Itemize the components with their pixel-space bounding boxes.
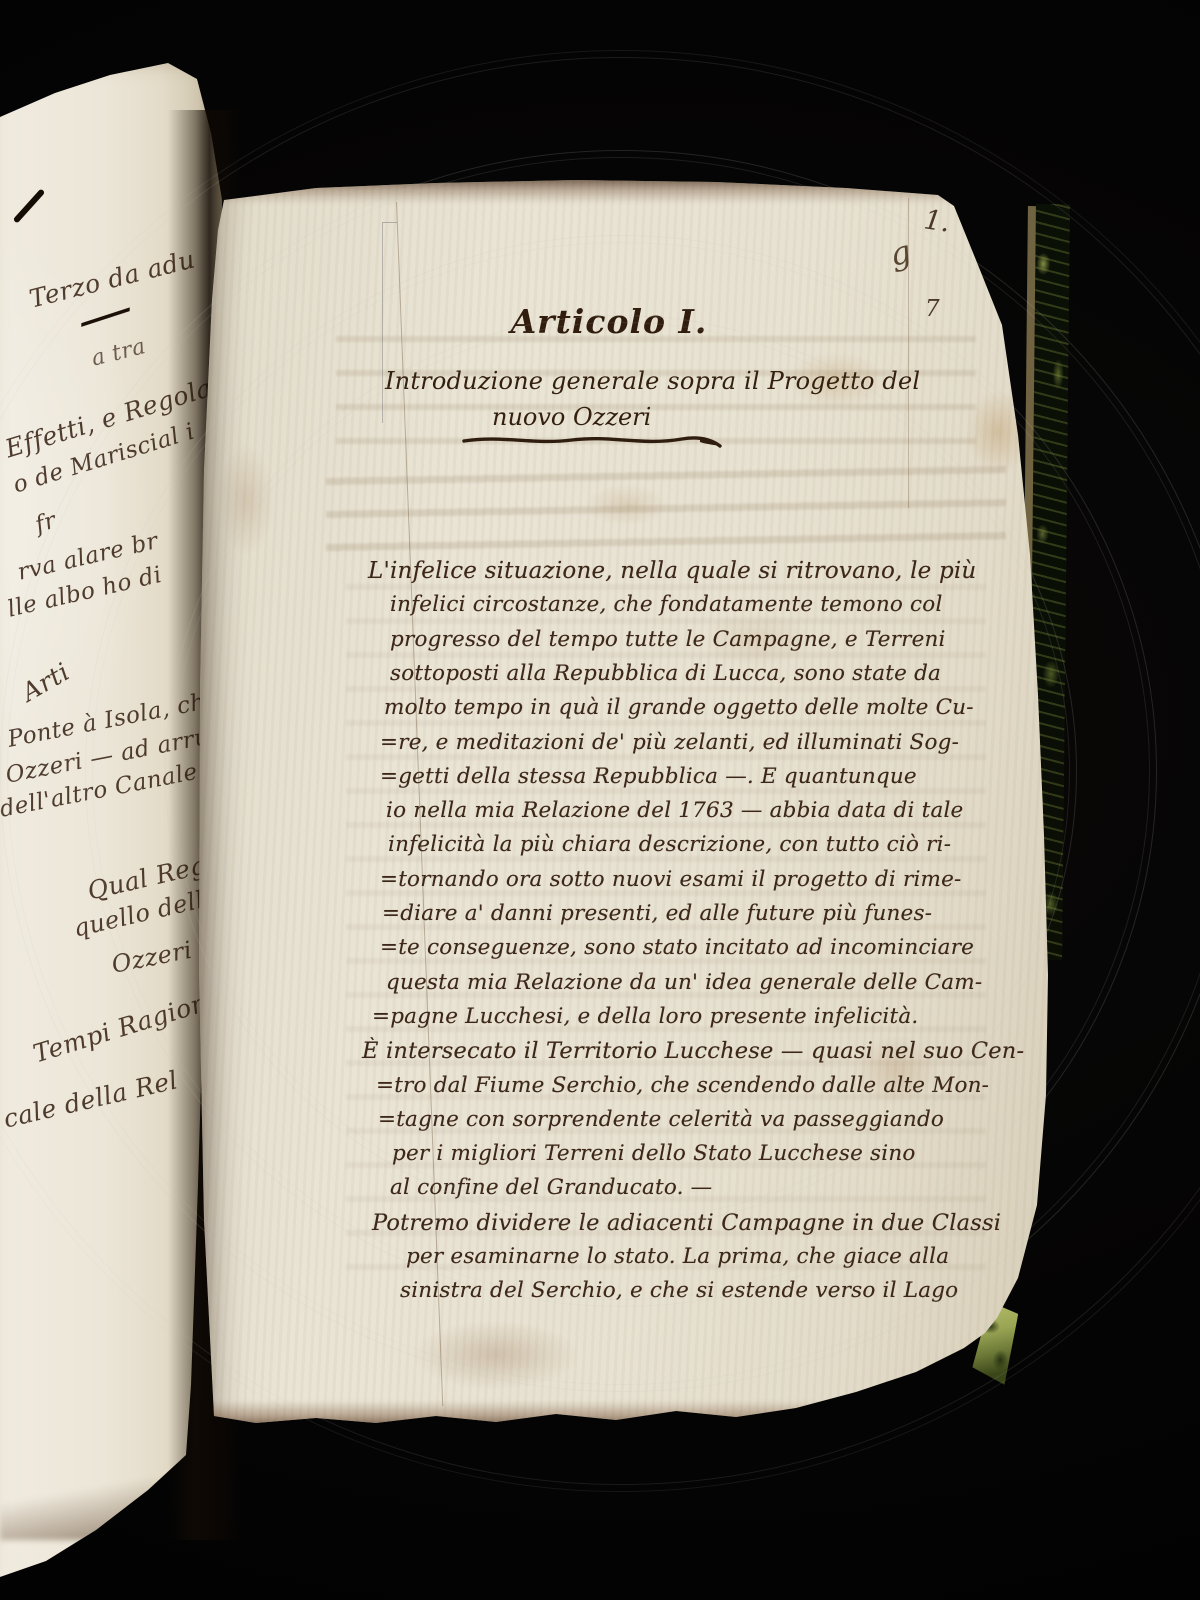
ink-bleedthrough xyxy=(326,462,1006,562)
body-line: =tagne con sorprendente celerità va pass… xyxy=(378,1107,944,1132)
body-line: Potremo dividere le adiacenti Campagne i… xyxy=(372,1210,1001,1236)
body-line: sinistra del Serchio, e che si estende v… xyxy=(400,1278,958,1303)
folio-ink-mark: g xyxy=(886,232,915,274)
body-line: =te conseguenze, sono stato incitato ad … xyxy=(380,935,974,960)
body-line: molto tempo in quà il grande oggetto del… xyxy=(384,695,974,720)
subtitle-line-1: Introduzione generale sopra il Progetto … xyxy=(385,367,920,395)
underline-flourish xyxy=(462,432,724,450)
article-heading: Articolo I. xyxy=(494,302,724,341)
manuscript-photo: Terzo da adu — a tra Effetti, e Regolame… xyxy=(0,0,1200,1600)
body-line: infelici circostanze, che fondatamente t… xyxy=(390,592,943,617)
verso-text-fragment: cale della Rel xyxy=(1,1065,181,1133)
folio-number-bottom: 7 xyxy=(925,296,940,322)
body-line: per i migliori Terreni dello Stato Lucch… xyxy=(392,1141,916,1166)
verso-text-fragment: Arti xyxy=(17,657,75,707)
verso-text-fragment: a tra xyxy=(89,334,149,372)
body-line: =diare a' danni presenti, ed alle future… xyxy=(382,901,932,926)
body-line: progresso del tempo tutte le Campagne, e… xyxy=(390,627,946,652)
body-line: È intersecato il Territorio Lucchese — q… xyxy=(362,1038,1024,1064)
folio-number-top: 1. xyxy=(922,204,952,238)
body-line: =re, e meditazioni de' più zelanti, ed i… xyxy=(380,730,959,755)
body-line: =pagne Lucchesi, e della loro presente i… xyxy=(372,1004,918,1029)
body-line: per esaminarne lo stato. La prima, che g… xyxy=(406,1244,949,1269)
body-line: sottoposti alla Repubblica di Lucca, son… xyxy=(390,661,941,686)
subtitle-line-2: nuovo Ozzeri xyxy=(492,403,651,431)
body-line: L'infelice situazione, nella quale si ri… xyxy=(368,558,976,584)
body-line: al confine del Granducato. — xyxy=(390,1175,712,1200)
ink-stroke-mark xyxy=(13,188,46,223)
body-line: =getti della stessa Repubblica —. E quan… xyxy=(380,764,917,789)
body-line: infelicità la più chiara descrizione, co… xyxy=(388,832,951,857)
body-line: io nella mia Relazione del 1763 — abbia … xyxy=(386,798,963,823)
verso-text-fragment: fr xyxy=(32,508,59,539)
body-line: =tro dal Fiume Serchio, che scendendo da… xyxy=(376,1073,989,1098)
main-recto-page: Articolo I. Introduzione generale sopra … xyxy=(196,170,1096,1455)
body-line: =tornando ora sotto nuovi esami il proge… xyxy=(380,867,962,892)
body-line: questa mia Relazione da un' idea general… xyxy=(386,970,982,995)
